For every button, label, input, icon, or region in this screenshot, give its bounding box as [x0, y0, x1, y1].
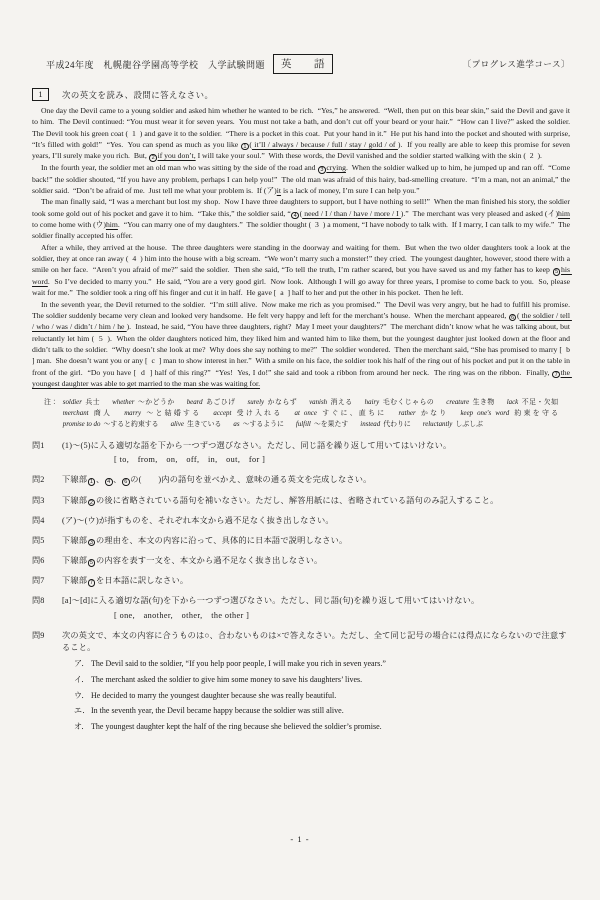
- circled-number: 2: [88, 499, 96, 507]
- note-term: alive: [171, 421, 184, 428]
- true-false-item: オ．The youngest daughter kept the half of…: [74, 721, 570, 732]
- item-text: In the seventh year, the Devil became ha…: [91, 705, 570, 716]
- question-body: 下線部7を日本語に訳しなさい。: [62, 575, 570, 587]
- note-gloss: あごひげ: [206, 399, 236, 406]
- note-item: marry～と結婚する: [124, 410, 201, 417]
- question-text: (ア)～(ウ)が指すものを、それぞれ本文から過不足なく抜き出しなさい。: [62, 515, 570, 527]
- question-options: [ to, from, on, off, in, out, for ]: [114, 454, 570, 466]
- text-segment: の( )内の語句を並べかえ、意味の通る英文を完成しなさい。: [130, 475, 371, 484]
- text-segment: I will take your soul.” With these words…: [196, 151, 542, 160]
- passage-paragraph: In the fourth year, the soldier met an o…: [32, 162, 570, 196]
- circled-number: 1: [241, 143, 249, 151]
- note-item: at onceすぐに、直ちに: [295, 410, 387, 417]
- exam-title: 平成24年度 札幌龍谷学園高等学校 入学試験問題: [46, 58, 265, 71]
- question-text: 下線部1、4、6の( )内の語句を並べかえ、意味の通る英文を完成しなさい。: [62, 474, 570, 486]
- note-term: hairy: [365, 399, 380, 406]
- circled-number: 3: [318, 166, 326, 174]
- notes-label: 注：: [44, 397, 58, 431]
- circled-number: 6: [509, 314, 517, 322]
- text-segment: 下線部: [62, 556, 87, 565]
- note-item: surelyかならず: [248, 399, 298, 406]
- circled-number: 5: [88, 559, 96, 567]
- note-gloss: しぶしぶ: [455, 421, 483, 428]
- note-term: beard: [187, 399, 203, 406]
- note-term: accept: [213, 410, 231, 417]
- note-term: surely: [248, 399, 265, 406]
- note-term: reluctantly: [423, 421, 453, 428]
- question-row: 問9次の英文で、本文の内容に合うものは○、合わないものは×で答えなさい。ただし、…: [32, 630, 570, 733]
- true-false-item: イ．The merchant asked the soldier to give…: [74, 674, 570, 685]
- note-term: vanish: [309, 399, 327, 406]
- question-body: 下線部2の後に省略されている語句を補いなさい。ただし、解答用紙には、省略されてい…: [62, 495, 570, 507]
- note-gloss: ～すると約束する: [103, 421, 158, 428]
- question-row: 問5下線部3の理由を、本文の内容に沿って、具体的に日本語で説明しなさい。: [32, 535, 570, 547]
- question-label: 問9: [32, 630, 62, 733]
- passage-paragraph: After a while, they arrived at the house…: [32, 242, 570, 299]
- note-gloss: 不足・欠如: [521, 399, 558, 406]
- note-term: instead: [360, 421, 380, 428]
- note-gloss: 兵士: [85, 399, 100, 406]
- note-gloss: すぐに、直ちに: [320, 410, 387, 417]
- question-row: 問3下線部2の後に省略されている語句を補いなさい。ただし、解答用紙には、省略され…: [32, 495, 570, 507]
- question-label: 問1: [32, 440, 62, 466]
- notes: 注： soldier兵士whether～かどうかbeardあごひげsurelyか…: [32, 397, 570, 431]
- note-gloss: 生き物: [472, 399, 495, 406]
- item-text: He decided to marry the youngest daughte…: [91, 690, 570, 701]
- question-text: 下線部2の後に省略されている語句を補いなさい。ただし、解答用紙には、省略されてい…: [62, 495, 570, 507]
- section-instruction: 次の英文を読み、設問に答えなさい。: [62, 89, 213, 101]
- note-term: lack: [507, 399, 518, 406]
- underlined-text: him: [558, 209, 570, 218]
- underlined-text: need / I / than / have / more / I: [302, 209, 401, 218]
- note-term: at once: [295, 410, 317, 417]
- text-segment: [a]～[d]に入る適切な語(句)を下から一つずつ選びなさい。ただし、同じ語(句…: [62, 596, 479, 605]
- note-item: keep one's word約束を守る: [460, 410, 558, 417]
- note-item: as～するように: [233, 421, 283, 428]
- underlined-text: if you don’t,: [158, 151, 196, 160]
- note-gloss: 受け入れる: [234, 410, 282, 417]
- note-term: promise to do: [63, 421, 101, 428]
- note-gloss: かなり: [419, 410, 449, 417]
- item-text: The merchant asked the soldier to give h…: [91, 674, 570, 685]
- notes-list: soldier兵士whether～かどうかbeardあごひげsurelyかならず…: [63, 397, 570, 431]
- circled-number: 5: [553, 268, 561, 276]
- question-body: 下線部3の理由を、本文の内容に沿って、具体的に日本語で説明しなさい。: [62, 535, 570, 547]
- note-item: merchant商人: [63, 410, 112, 417]
- true-false-item: エ．In the seventh year, the Devil became …: [74, 705, 570, 716]
- text-segment: is a lack of money, I’m sure I can help …: [281, 186, 419, 195]
- note-gloss: 代わりに: [383, 421, 411, 428]
- note-item: lack不足・欠如: [507, 399, 558, 406]
- note-term: as: [233, 421, 239, 428]
- note-gloss: 消える: [330, 399, 353, 406]
- exam-paper: 平成24年度 札幌龍谷学園高等学校 入学試験問題 英 語 〔プログレス進学コース…: [0, 0, 600, 900]
- text-segment: 下線部: [62, 496, 87, 505]
- item-kana-label: ウ．: [74, 690, 91, 701]
- question-text: (1)～(5)に入る適切な語を下から一つずつ選びなさい。ただし、同じ語を繰り返し…: [62, 440, 570, 452]
- note-item: soldier兵士: [63, 399, 100, 406]
- note-item: vanish消える: [309, 399, 353, 406]
- text-segment: 次の英文で、本文の内容に合うものは○、合わないものは×で答えなさい。ただし、全て…: [62, 631, 567, 652]
- question-text: [a]～[d]に入る適切な語(句)を下から一つずつ選びなさい。ただし、同じ語(句…: [62, 595, 570, 607]
- text-segment: (1)～(5)に入る適切な語を下から一つずつ選びなさい。ただし、同じ語を繰り返し…: [62, 441, 451, 450]
- question-options: [ one, another, other, the other ]: [114, 610, 570, 622]
- note-item: accept受け入れる: [213, 410, 282, 417]
- true-false-item: ウ．He decided to marry the youngest daugh…: [74, 690, 570, 701]
- circled-number: 2: [149, 154, 157, 162]
- text-segment: 下線部: [62, 475, 87, 484]
- text-segment: の理由を、本文の内容に沿って、具体的に日本語で説明しなさい。: [96, 536, 347, 545]
- underlined-text: it’ll / always / because / full / stay /…: [252, 140, 398, 149]
- question-label: 問2: [32, 474, 62, 486]
- note-term: rather: [398, 410, 415, 417]
- circled-number: 6: [122, 478, 130, 486]
- note-item: creature生き物: [446, 399, 494, 406]
- question-row: 問2下線部1、4、6の( )内の語句を並べかえ、意味の通る英文を完成しなさい。: [32, 474, 570, 486]
- note-item: ratherかなり: [398, 410, 448, 417]
- text-segment: 下線部: [62, 536, 87, 545]
- note-gloss: 約束を守る: [512, 410, 558, 417]
- note-term: keep one's word: [460, 410, 509, 417]
- note-term: fulfill: [296, 421, 311, 428]
- note-gloss: ～を果たす: [314, 421, 348, 428]
- note-item: whether～かどうか: [112, 399, 175, 406]
- text-segment: 、: [96, 475, 104, 484]
- item-kana-label: イ．: [74, 674, 91, 685]
- question-body: 下線部5の内容を表す一文を、本文から過不足なく抜き出しなさい。: [62, 555, 570, 567]
- circled-number: 4: [105, 478, 113, 486]
- note-term: creature: [446, 399, 469, 406]
- text-segment: の内容を表す一文を、本文から過不足なく抜き出しなさい。: [96, 556, 322, 565]
- question-label: 問3: [32, 495, 62, 507]
- note-term: whether: [112, 399, 134, 406]
- note-gloss: 毛むくじゃらの: [382, 399, 434, 406]
- question-label: 問7: [32, 575, 62, 587]
- note-item: reluctantlyしぶしぶ: [423, 421, 483, 428]
- circled-number: 3: [88, 539, 96, 547]
- subject-box: 英 語: [273, 54, 333, 74]
- passage-paragraph: One day the Devil came to a young soldie…: [32, 105, 570, 162]
- question-text: 下線部7を日本語に訳しなさい。: [62, 575, 570, 587]
- question-label: 問5: [32, 535, 62, 547]
- question-label: 問8: [32, 595, 62, 621]
- note-item: hairy毛むくじゃらの: [365, 399, 435, 406]
- text-segment: 下線部: [62, 576, 87, 585]
- question-row: 問4(ア)～(ウ)が指すものを、それぞれ本文から過不足なく抜き出しなさい。: [32, 515, 570, 527]
- text-segment: . So I’ve decided to marry you.” He said…: [32, 277, 572, 297]
- question-label: 問6: [32, 555, 62, 567]
- question-text: 下線部5の内容を表す一文を、本文から過不足なく抜き出しなさい。: [62, 555, 570, 567]
- exam-page: { "header": { "title": "平成24年度 札幌龍谷学園高等学…: [0, 0, 600, 900]
- course-label: 〔プログレス進学コース〕: [463, 58, 570, 70]
- note-gloss: 生きている: [187, 421, 221, 428]
- question-row: 問8[a]～[d]に入る適切な語(句)を下から一つずつ選びなさい。ただし、同じ語…: [32, 595, 570, 621]
- question-body: (ア)～(ウ)が指すものを、それぞれ本文から過不足なく抜き出しなさい。: [62, 515, 570, 527]
- item-kana-label: ア．: [74, 658, 91, 669]
- note-gloss: ～かどうか: [137, 399, 174, 406]
- question-text: 下線部3の理由を、本文の内容に沿って、具体的に日本語で説明しなさい。: [62, 535, 570, 547]
- question-body: 下線部1、4、6の( )内の語句を並べかえ、意味の通る英文を完成しなさい。: [62, 474, 570, 486]
- circled-number: 7: [552, 371, 560, 379]
- item-text: The Devil said to the soldier, “If you h…: [91, 658, 570, 669]
- note-item: instead代わりに: [360, 421, 410, 428]
- note-term: soldier: [63, 399, 82, 406]
- section-number-box: 1: [32, 88, 49, 101]
- text-segment: の後に省略されている語句を補いなさい。ただし、解答用紙には、省略されている語句の…: [96, 496, 499, 505]
- note-item: fulfill～を果たす: [296, 421, 348, 428]
- question-body: 次の英文で、本文の内容に合うものは○、合わないものは×で答えなさい。ただし、全て…: [62, 630, 570, 733]
- header: 平成24年度 札幌龍谷学園高等学校 入学試験問題 英 語 〔プログレス進学コース…: [32, 54, 570, 74]
- note-gloss: ～するように: [243, 421, 284, 428]
- question-body: (1)～(5)に入る適切な語を下から一つずつ選びなさい。ただし、同じ語を繰り返し…: [62, 440, 570, 466]
- underlined-text: him: [106, 220, 118, 229]
- note-term: marry: [124, 410, 141, 417]
- text-segment: In the seventh year, the Devil returned …: [32, 300, 574, 320]
- note-item: alive生きている: [171, 421, 222, 428]
- circled-number: 1: [88, 478, 96, 486]
- text-segment: (ア)～(ウ)が指すものを、それぞれ本文から過不足なく抜き出しなさい。: [62, 516, 334, 525]
- note-gloss: 商人: [92, 410, 113, 417]
- passage-paragraph: The man finally said, “I was a merchant …: [32, 196, 570, 241]
- note-item: beardあごひげ: [187, 399, 236, 406]
- circled-number: 7: [88, 579, 96, 587]
- true-false-item: ア．The Devil said to the soldier, “If you…: [74, 658, 570, 669]
- question-text: 次の英文で、本文の内容に合うものは○、合わないものは×で答えなさい。ただし、全て…: [62, 630, 570, 653]
- circled-number: 4: [291, 212, 299, 220]
- question-label: 問4: [32, 515, 62, 527]
- question-row: 問1(1)～(5)に入る適切な語を下から一つずつ選びなさい。ただし、同じ語を繰り…: [32, 440, 570, 466]
- text-segment: ).” The merchant was very pleased and as…: [401, 209, 558, 218]
- item-kana-label: オ．: [74, 721, 91, 732]
- note-gloss: かならず: [267, 399, 297, 406]
- passage-paragraph: In the seventh year, the Devil returned …: [32, 299, 570, 390]
- true-false-items: ア．The Devil said to the soldier, “If you…: [62, 658, 570, 733]
- note-item: promise to do～すると約束する: [63, 421, 159, 428]
- text-segment: In the fourth year, the soldier met an o…: [41, 163, 318, 172]
- text-segment: を日本語に訳しなさい。: [96, 576, 188, 585]
- item-kana-label: エ．: [74, 705, 91, 716]
- page-number: - 1 -: [0, 834, 600, 844]
- note-term: merchant: [63, 410, 89, 417]
- note-gloss: ～と結婚する: [144, 410, 201, 417]
- underlined-text: crying: [326, 163, 346, 172]
- question-row: 問7下線部7を日本語に訳しなさい。: [32, 575, 570, 587]
- question-row: 問6下線部5の内容を表す一文を、本文から過不足なく抜き出しなさい。: [32, 555, 570, 567]
- text-segment: 、: [113, 475, 121, 484]
- text-segment: After a while, they arrived at the house…: [32, 243, 572, 275]
- passage: One day the Devil came to a young soldie…: [32, 105, 570, 390]
- section-heading: 1 次の英文を読み、設問に答えなさい。: [32, 88, 570, 101]
- item-text: The youngest daughter kept the half of t…: [91, 721, 570, 732]
- question-body: [a]～[d]に入る適切な語(句)を下から一つずつ選びなさい。ただし、同じ語(句…: [62, 595, 570, 621]
- questions: 問1(1)～(5)に入る適切な語を下から一つずつ選びなさい。ただし、同じ語を繰り…: [32, 440, 570, 733]
